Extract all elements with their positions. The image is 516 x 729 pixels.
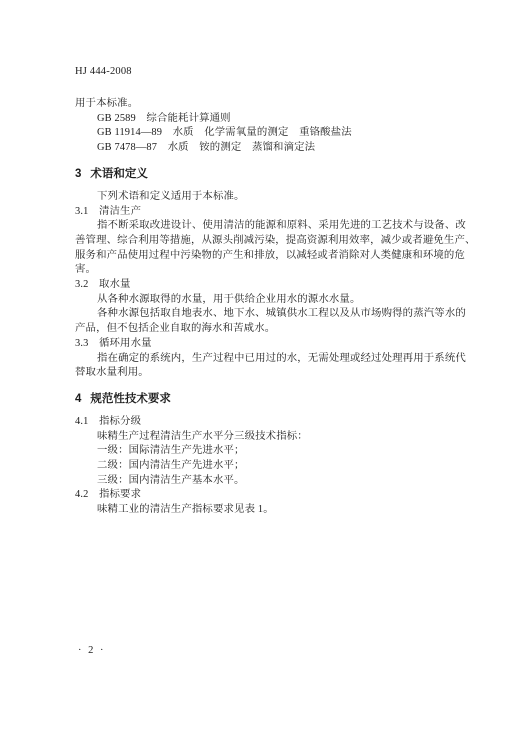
text-line: 下列术语和定义适用于本标准。: [75, 190, 459, 205]
text-line: 味精生产过程清洁生产水平分三级技术指标：: [75, 430, 459, 445]
clause-heading-line: 4.2 指标要求: [75, 488, 459, 503]
text-line: 用于本标准。: [75, 97, 459, 112]
clause-heading-line: 3.2 取水量: [75, 278, 459, 293]
page-number: · 2 ·: [78, 645, 106, 656]
clause-heading-line: 3.3 循环用水量: [75, 337, 459, 352]
section-number: 3: [75, 167, 81, 182]
section-heading-terms: 3 术语和定义: [75, 167, 459, 182]
reference-line: GB 2589 综合能耗计算通则: [75, 112, 459, 127]
text-line: 替取水量利用。: [75, 366, 459, 381]
text-line: 二级：国内清洁生产先进水平；: [75, 459, 459, 474]
text-line: 服务和产品使用过程中污染物的产生和排放，以减轻或者消除对人类健康和环境的危: [75, 249, 459, 264]
text-line: 各种水源包括取自地表水、地下水、城镇供水工程以及从市场购得的蒸汽等水的: [75, 307, 459, 322]
reference-line: GB 11914—89 水质 化学需氧量的测定 重铬酸盐法: [75, 126, 459, 141]
section-title: 规范性技术要求: [90, 392, 171, 407]
text-line: 害。: [75, 263, 459, 278]
running-header: HJ 444-2008: [75, 66, 132, 78]
section-heading-requirements: 4 规范性技术要求: [75, 392, 459, 407]
clause-heading-line: 4.1 指标分级: [75, 415, 459, 430]
text-line: 从各种水源取得的水量，用于供给企业用水的源水水量。: [75, 293, 459, 308]
text-line: 指在确定的系统内，生产过程中已用过的水，无需处理或经过处理再用于系统代: [75, 352, 459, 367]
section-title: 术语和定义: [90, 167, 148, 182]
clause-heading-line: 3.1 清洁生产: [75, 205, 459, 220]
section-number: 4: [75, 392, 81, 407]
text-line: 指不断采取改进设计、使用清洁的能源和原料、采用先进的工艺技术与设备、改: [75, 219, 459, 234]
reference-line: GB 7478—87 水质 铵的测定 蒸馏和滴定法: [75, 141, 459, 156]
text-line: 味精工业的清洁生产指标要求见表 1。: [75, 503, 459, 518]
text-line: 一级：国际清洁生产先进水平；: [75, 444, 459, 459]
text-line: 产品，但不包括企业自取的海水和苦咸水。: [75, 322, 459, 337]
document-page: HJ 444-2008 用于本标准。 GB 2589 综合能耗计算通则 GB 1…: [0, 0, 516, 729]
document-body: 用于本标准。 GB 2589 综合能耗计算通则 GB 11914—89 水质 化…: [75, 97, 459, 518]
text-line: 善管理、综合利用等措施，从源头削减污染，提高资源利用效率，减少或者避免生产、: [75, 234, 459, 249]
text-line: 三级：国内清洁生产基本水平。: [75, 474, 459, 489]
